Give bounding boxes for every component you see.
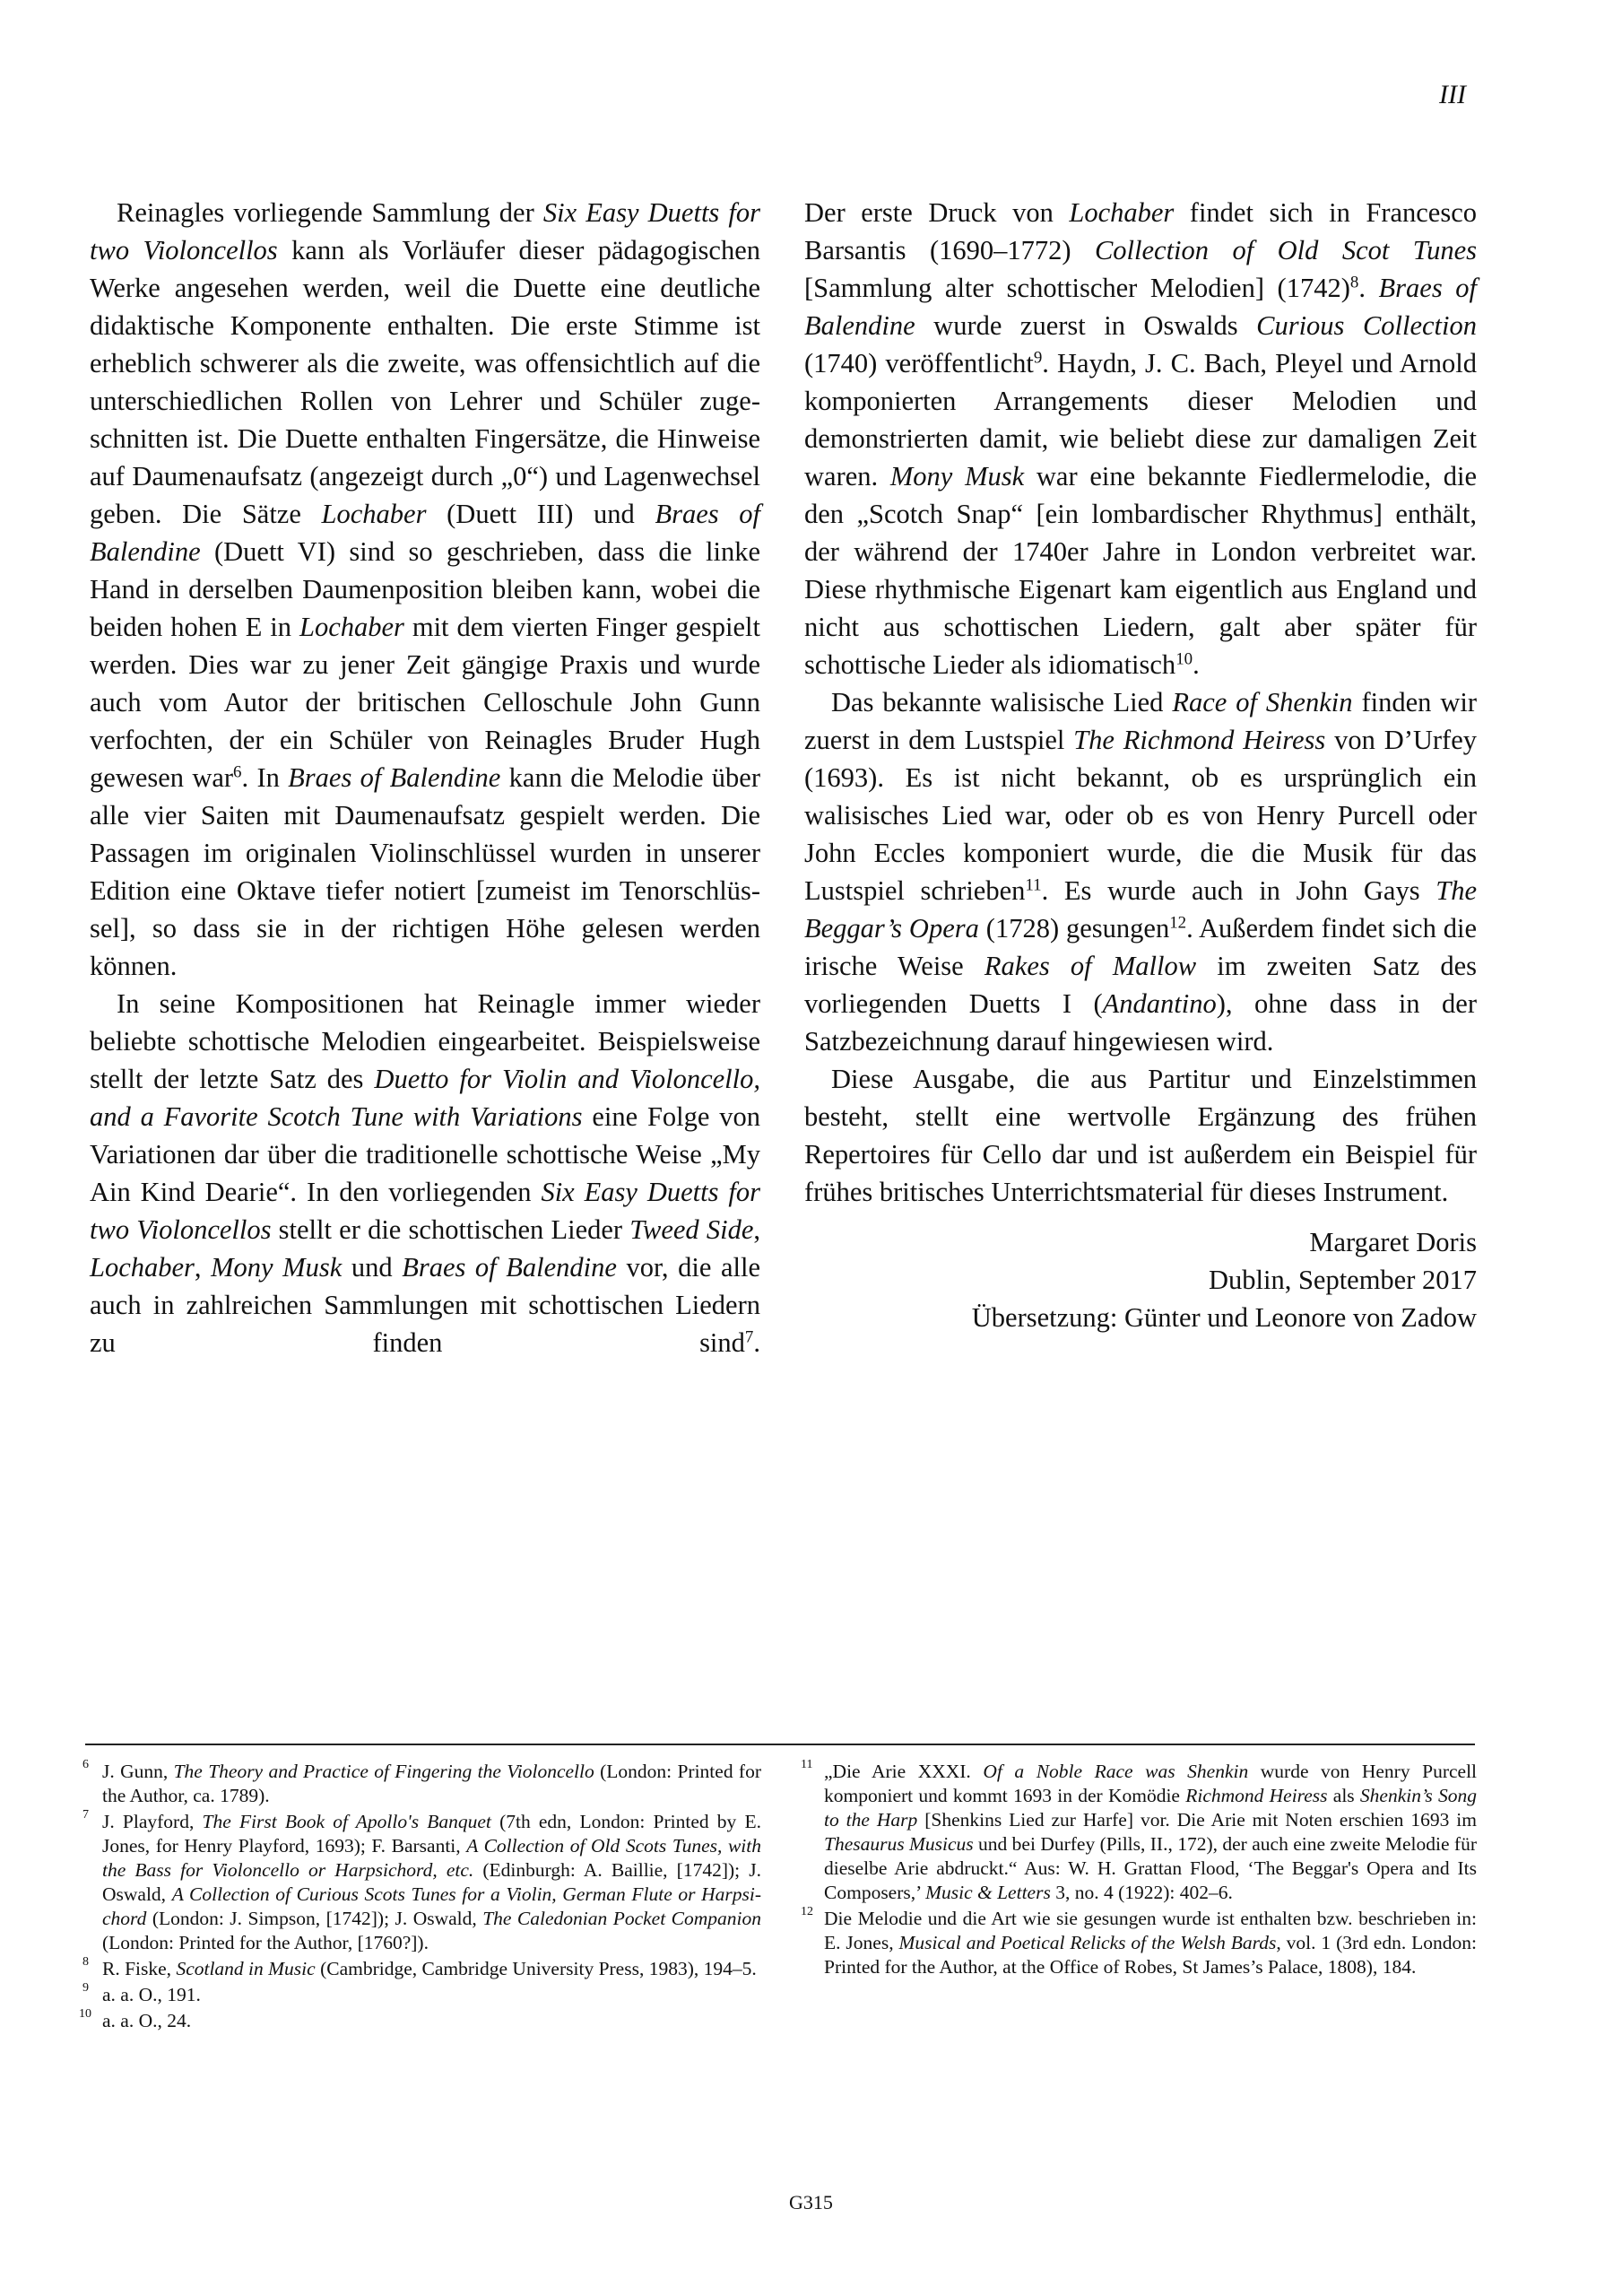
text-run: . — [1358, 273, 1378, 303]
text-run: , — [195, 1252, 211, 1283]
footnote-reference: 8 — [1350, 274, 1358, 292]
body-paragraph: Der erste Druck von Lochaber findet sich… — [804, 194, 1477, 683]
footnote-text: „Die Arie XXXI. Of a Noble Race was Shen… — [824, 1761, 1477, 1903]
italic-title: Thesaurus Musicus — [824, 1833, 974, 1855]
italic-title: Lochaber — [299, 612, 404, 642]
signature-translation-credit: Übersetzung: Günter und Leonore von Zado… — [804, 1299, 1477, 1336]
text-run: J. Gunn, — [102, 1761, 174, 1782]
footnote-reference: 10 — [1175, 650, 1193, 669]
text-run: (London: Printed for the Author, [1760?]… — [102, 1932, 429, 1953]
italic-title: The First Book of Apollo's Banquet — [203, 1811, 491, 1832]
text-run: R. Fiske, — [102, 1958, 176, 1979]
body-paragraph: Reinagles vorliegende Sammlung der Six E… — [90, 194, 760, 985]
footnote-number: 7 — [82, 1806, 89, 1824]
italic-title: Lochaber — [322, 499, 427, 529]
text-run: [Sammlung alter schottischer Melodien] (… — [804, 273, 1350, 303]
footnote-text: J. Playford, The First Book of Apollo's … — [102, 1811, 761, 1953]
italic-title: Mony Musk — [211, 1252, 342, 1283]
footnote-number: 9 — [82, 1979, 89, 1997]
italic-title: Andantino — [1103, 988, 1217, 1019]
footnote-reference: 7 — [745, 1328, 753, 1347]
footnote-reference: 6 — [233, 763, 241, 782]
page-folio: G315 — [0, 2190, 1622, 2215]
footnote-number: 11 — [801, 1756, 812, 1774]
body-paragraph: In seine Kompositionen hat Reinagle imme… — [90, 985, 760, 1361]
italic-title: Braes of Balendine — [402, 1252, 617, 1283]
italic-title: Music & Letters — [925, 1882, 1051, 1903]
text-run: wurde zuerst in Oswalds — [915, 310, 1256, 341]
text-run: , — [753, 1214, 760, 1245]
italic-title: Musical and Poetical Relicks of the Wels… — [899, 1932, 1277, 1953]
text-run: . Es wurde auch in John Gays — [1042, 875, 1436, 906]
italic-title: Curious Collection — [1256, 310, 1477, 341]
right-column-paragraphs: Der erste Druck von Lochaber findet sich… — [804, 194, 1477, 1211]
footnote: 11„Die Arie XXXI. Of a Noble Race was Sh… — [804, 1760, 1477, 1905]
italic-title: Braes of Balen­dine — [288, 762, 500, 793]
footnote: 12Die Melodie und die Art wie sie gesung… — [804, 1907, 1477, 1979]
footnote: 7J. Playford, The First Book of Apollo's… — [82, 1810, 761, 1955]
footnote-text: Die Melodie und die Art wie sie gesungen… — [824, 1908, 1477, 1978]
text-run: a. a. O., 24. — [102, 2010, 191, 2031]
italic-title: Race of Shenkin — [1172, 687, 1352, 717]
footnote-text: a. a. O., 191. — [102, 1984, 201, 2005]
footnote: 6J. Gunn, The Theory and Practice of Fin… — [82, 1760, 761, 1808]
italic-title: Of a Noble Race was Shenkin — [983, 1761, 1248, 1782]
footnote-separator-rule — [85, 1744, 1475, 1745]
text-run: (1728) gesungen — [979, 913, 1169, 944]
text-run: Diese Ausgabe, die aus Partitur und Einz… — [804, 1064, 1477, 1207]
text-run: (Cambridge, Cambridge University Press, … — [316, 1958, 757, 1979]
text-run: (Du­ett III) und — [426, 499, 655, 529]
footnote-number: 12 — [801, 1903, 813, 1921]
footnote-reference: 12 — [1169, 914, 1186, 933]
footnote-reference: 9 — [1034, 349, 1042, 368]
text-run: war eine bekannte Fiedlermelodie, die de… — [804, 461, 1477, 680]
text-run: . — [753, 1327, 760, 1358]
italic-title: The Caledonian Pocket Companion — [482, 1908, 761, 1929]
text-run: [Shenkins Lied zur Harfe] vor. Die Arie … — [917, 1809, 1477, 1831]
signature-author: Margaret Doris — [804, 1223, 1477, 1261]
footnote-number: 6 — [82, 1756, 89, 1774]
signature-place-date: Dublin, September 2017 — [804, 1261, 1477, 1299]
text-run: „Die Arie XXXI. — [824, 1761, 983, 1782]
body-paragraph: Das bekannte walisische Lied Race of She… — [804, 683, 1477, 1060]
footnote-number: 10 — [79, 2005, 91, 2023]
italic-title: The Richmond Heiress — [1073, 725, 1325, 755]
text-run: als — [1328, 1785, 1360, 1806]
footnote: 8R. Fiske, Scotland in Music (Cambridge,… — [82, 1957, 761, 1981]
footnotes-left: 6J. Gunn, The Theory and Practice of Fin… — [82, 1760, 761, 2035]
running-head-page-number: III — [1417, 79, 1488, 111]
italic-title: Lochaber — [1069, 197, 1174, 228]
signature-block: Margaret Doris Dublin, September 2017 Üb… — [804, 1223, 1477, 1336]
text-run: Der erste Druck von — [804, 197, 1069, 228]
text-run: stellt er die schottischen Lieder — [271, 1214, 629, 1245]
footnote: 9a. a. O., 191. — [82, 1983, 761, 2007]
italic-title: Lochaber — [90, 1252, 195, 1283]
text-run: Das bekannte walisische Lied — [831, 687, 1172, 717]
italic-title: Tweed Side — [629, 1214, 753, 1245]
footnote-text: a. a. O., 24. — [102, 2010, 191, 2031]
italic-title: The Theory and Practice of Fingering the… — [174, 1761, 594, 1782]
text-run: 3, no. 4 (1922): 402–6. — [1051, 1882, 1233, 1903]
text-run: (1740) veröffentlicht — [804, 348, 1034, 378]
italic-title: Rakes of Mallow — [984, 951, 1196, 981]
italic-title: Mony Musk — [890, 461, 1024, 491]
italic-title: Scotland in Music — [176, 1958, 315, 1979]
text-run: . In — [242, 762, 289, 793]
footnote: 10a. a. O., 24. — [82, 2009, 761, 2033]
italic-title: Collection of Old Scot Tunes — [1095, 235, 1477, 265]
body-column-left: Reinagles vorliegende Sammlung der Six E… — [90, 194, 760, 1361]
footnote-reference: 11 — [1025, 876, 1041, 895]
text-run: (London: J. Simpson, [1742]); J. Oswald, — [146, 1908, 482, 1929]
text-run: kann als Vorläufer die­ser pädagogischen… — [90, 235, 760, 529]
text-run: kann die Melodie über alle vier Saiten m… — [90, 762, 760, 981]
body-column-right: Der erste Druck von Lochaber findet sich… — [804, 194, 1477, 1336]
footnotes-right: 11„Die Arie XXXI. Of a Noble Race was Sh… — [804, 1760, 1477, 1981]
footnote-text: J. Gunn, The Theory and Practice of Fing… — [102, 1761, 761, 1806]
footnote-text: R. Fiske, Scotland in Music (Cambridge, … — [102, 1958, 757, 1979]
text-run: Reinagles vorliegende Sammlung der — [117, 197, 543, 228]
text-run: a. a. O., 191. — [102, 1984, 201, 2005]
footnote-number: 8 — [82, 1953, 89, 1971]
body-paragraph: Diese Ausgabe, die aus Partitur und Einz… — [804, 1060, 1477, 1211]
text-run: J. Playford, — [102, 1811, 203, 1832]
text-run: . — [1193, 649, 1200, 680]
italic-title: Richmond Heiress — [1185, 1785, 1327, 1806]
text-run: und — [342, 1252, 402, 1283]
